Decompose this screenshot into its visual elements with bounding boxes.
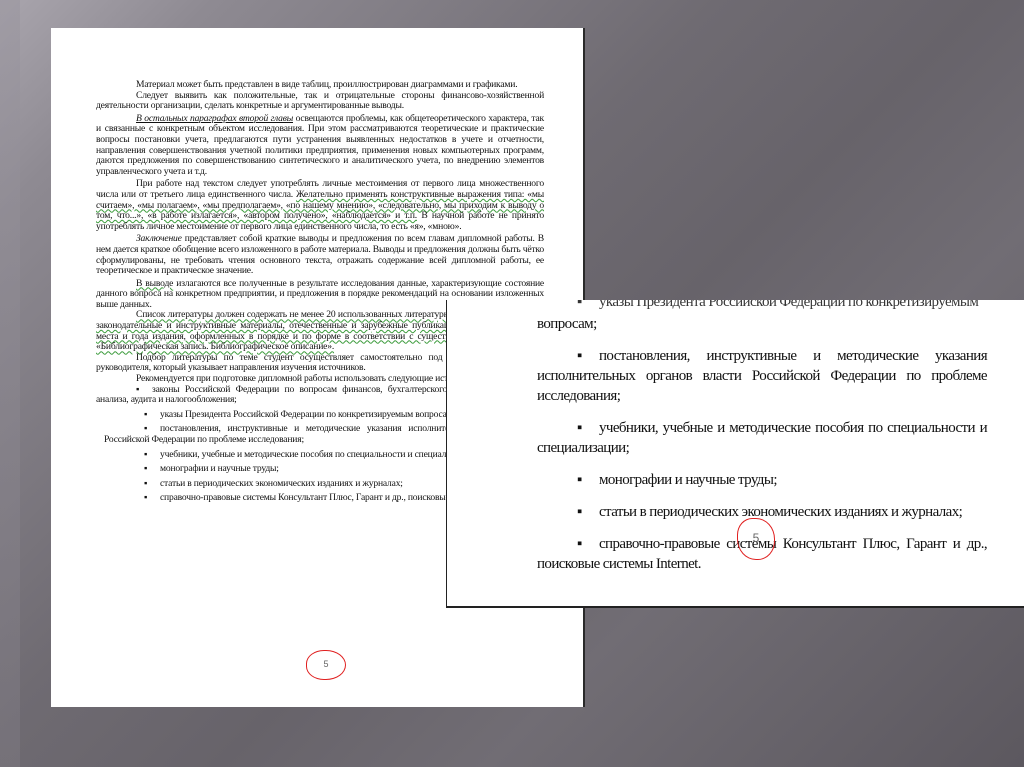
bullet-icon: ▪ bbox=[577, 346, 599, 366]
paragraph: В остальных параграфах второй главы осве… bbox=[96, 114, 544, 178]
bullet-icon: ▪ bbox=[577, 534, 599, 554]
bullet-icon: ▪ bbox=[144, 450, 160, 461]
list-item: ▪постановления, инструктивные и методиче… bbox=[537, 346, 987, 406]
bullet-icon: ▪ bbox=[144, 479, 160, 490]
list-item: ▪учебники, учебные и методические пособи… bbox=[537, 418, 987, 458]
zoomed-excerpt: ▪указы Президента Российской Федерации п… bbox=[446, 300, 1024, 608]
bullet-icon: ▪ bbox=[144, 493, 160, 504]
bullet-icon: ▪ bbox=[577, 418, 599, 438]
page-number-circled: 5 bbox=[306, 650, 346, 680]
bullet-icon: ▪ bbox=[144, 464, 160, 475]
slide-background-strip bbox=[0, 0, 20, 767]
grammar-flagged-text: В выводе bbox=[136, 278, 173, 289]
bullet-icon: ▪ bbox=[577, 502, 599, 522]
paragraph: Заключение представляет собой краткие вы… bbox=[96, 234, 544, 276]
page-number-circled: 5 bbox=[737, 518, 775, 560]
list-item: ▪монографии и научные труды; bbox=[537, 470, 987, 490]
paragraph: Материал может быть представлен в виде т… bbox=[96, 80, 544, 91]
paragraph: При работе над текстом следует употребля… bbox=[96, 179, 544, 232]
paragraph: Следует выявить как положительные, так и… bbox=[96, 91, 544, 112]
italic-term: Заключение bbox=[136, 233, 182, 244]
cut-line: ▪указы Президента Российской Федерации п… bbox=[537, 300, 987, 312]
underlined-heading: В остальных параграфах второй главы bbox=[136, 113, 293, 124]
bullet-icon: ▪ bbox=[144, 410, 160, 421]
list-item: вопросам; bbox=[537, 314, 987, 334]
bullet-icon: ▪ bbox=[577, 470, 599, 490]
